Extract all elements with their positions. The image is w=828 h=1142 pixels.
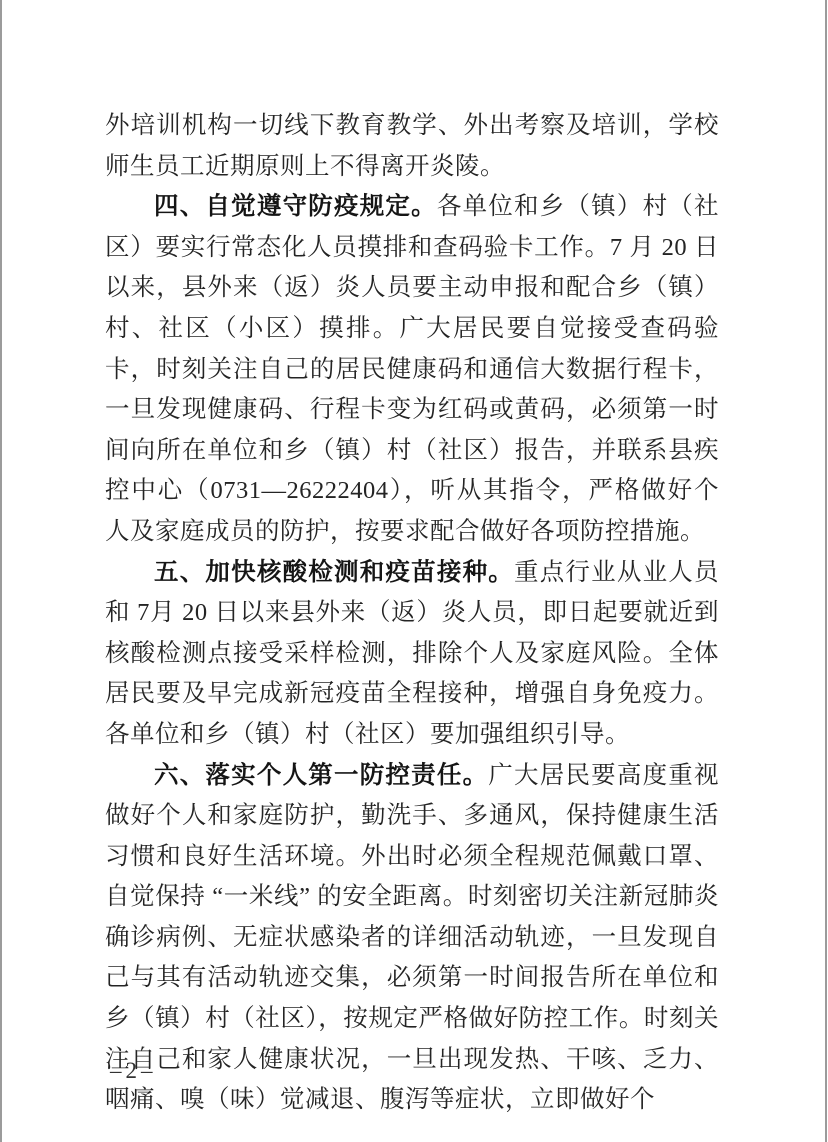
paragraph-text: 外培训机构一切线下教育教学、外出考察及培训，学校师生员工近期原则上不得离开炎陵。: [105, 112, 719, 180]
document-page: 外培训机构一切线下教育教学、外出考察及培训，学校师生员工近期原则上不得离开炎陵。…: [0, 0, 828, 1142]
paragraph-heading: 六、落实个人第一防控责任。: [154, 762, 488, 789]
scan-edge-left: [0, 0, 2, 1142]
paragraph-section-4: 四、自觉遵守防疫规定。各单位和乡（镇）村（社区）要实行常态化人员摸排和查码验卡工…: [105, 187, 719, 552]
scan-edge-right: [825, 0, 827, 1142]
paragraph-heading: 五、加快核酸检测和疫苗接种。: [154, 559, 514, 586]
page-number: –2–: [110, 1058, 157, 1084]
document-body: 外培训机构一切线下教育教学、外出考察及培训，学校师生员工近期原则上不得离开炎陵。…: [105, 106, 719, 1121]
paragraph-section-6: 六、落实个人第一防控责任。广大居民要高度重视做好个人和家庭防护，勤洗手、多通风，…: [105, 756, 719, 1121]
paragraph-continuation: 外培训机构一切线下教育教学、外出考察及培训，学校师生员工近期原则上不得离开炎陵。: [105, 106, 719, 187]
paragraph-heading: 四、自觉遵守防疫规定。: [154, 193, 437, 220]
paragraph-section-5: 五、加快核酸检测和疫苗接种。重点行业从业人员和 7月 20 日以来县外来（返）炎…: [105, 553, 719, 756]
paragraph-text: 广大居民要高度重视做好个人和家庭防护，勤洗手、多通风，保持健康生活习惯和良好生活…: [105, 762, 719, 1114]
paragraph-text: 重点行业从业人员和 7月 20 日以来县外来（返）炎人员，即日起要就近到核酸检测…: [105, 559, 719, 748]
paragraph-text: 各单位和乡（镇）村（社区）要实行常态化人员摸排和查码验卡工作。7 月 20 日以…: [105, 193, 719, 545]
